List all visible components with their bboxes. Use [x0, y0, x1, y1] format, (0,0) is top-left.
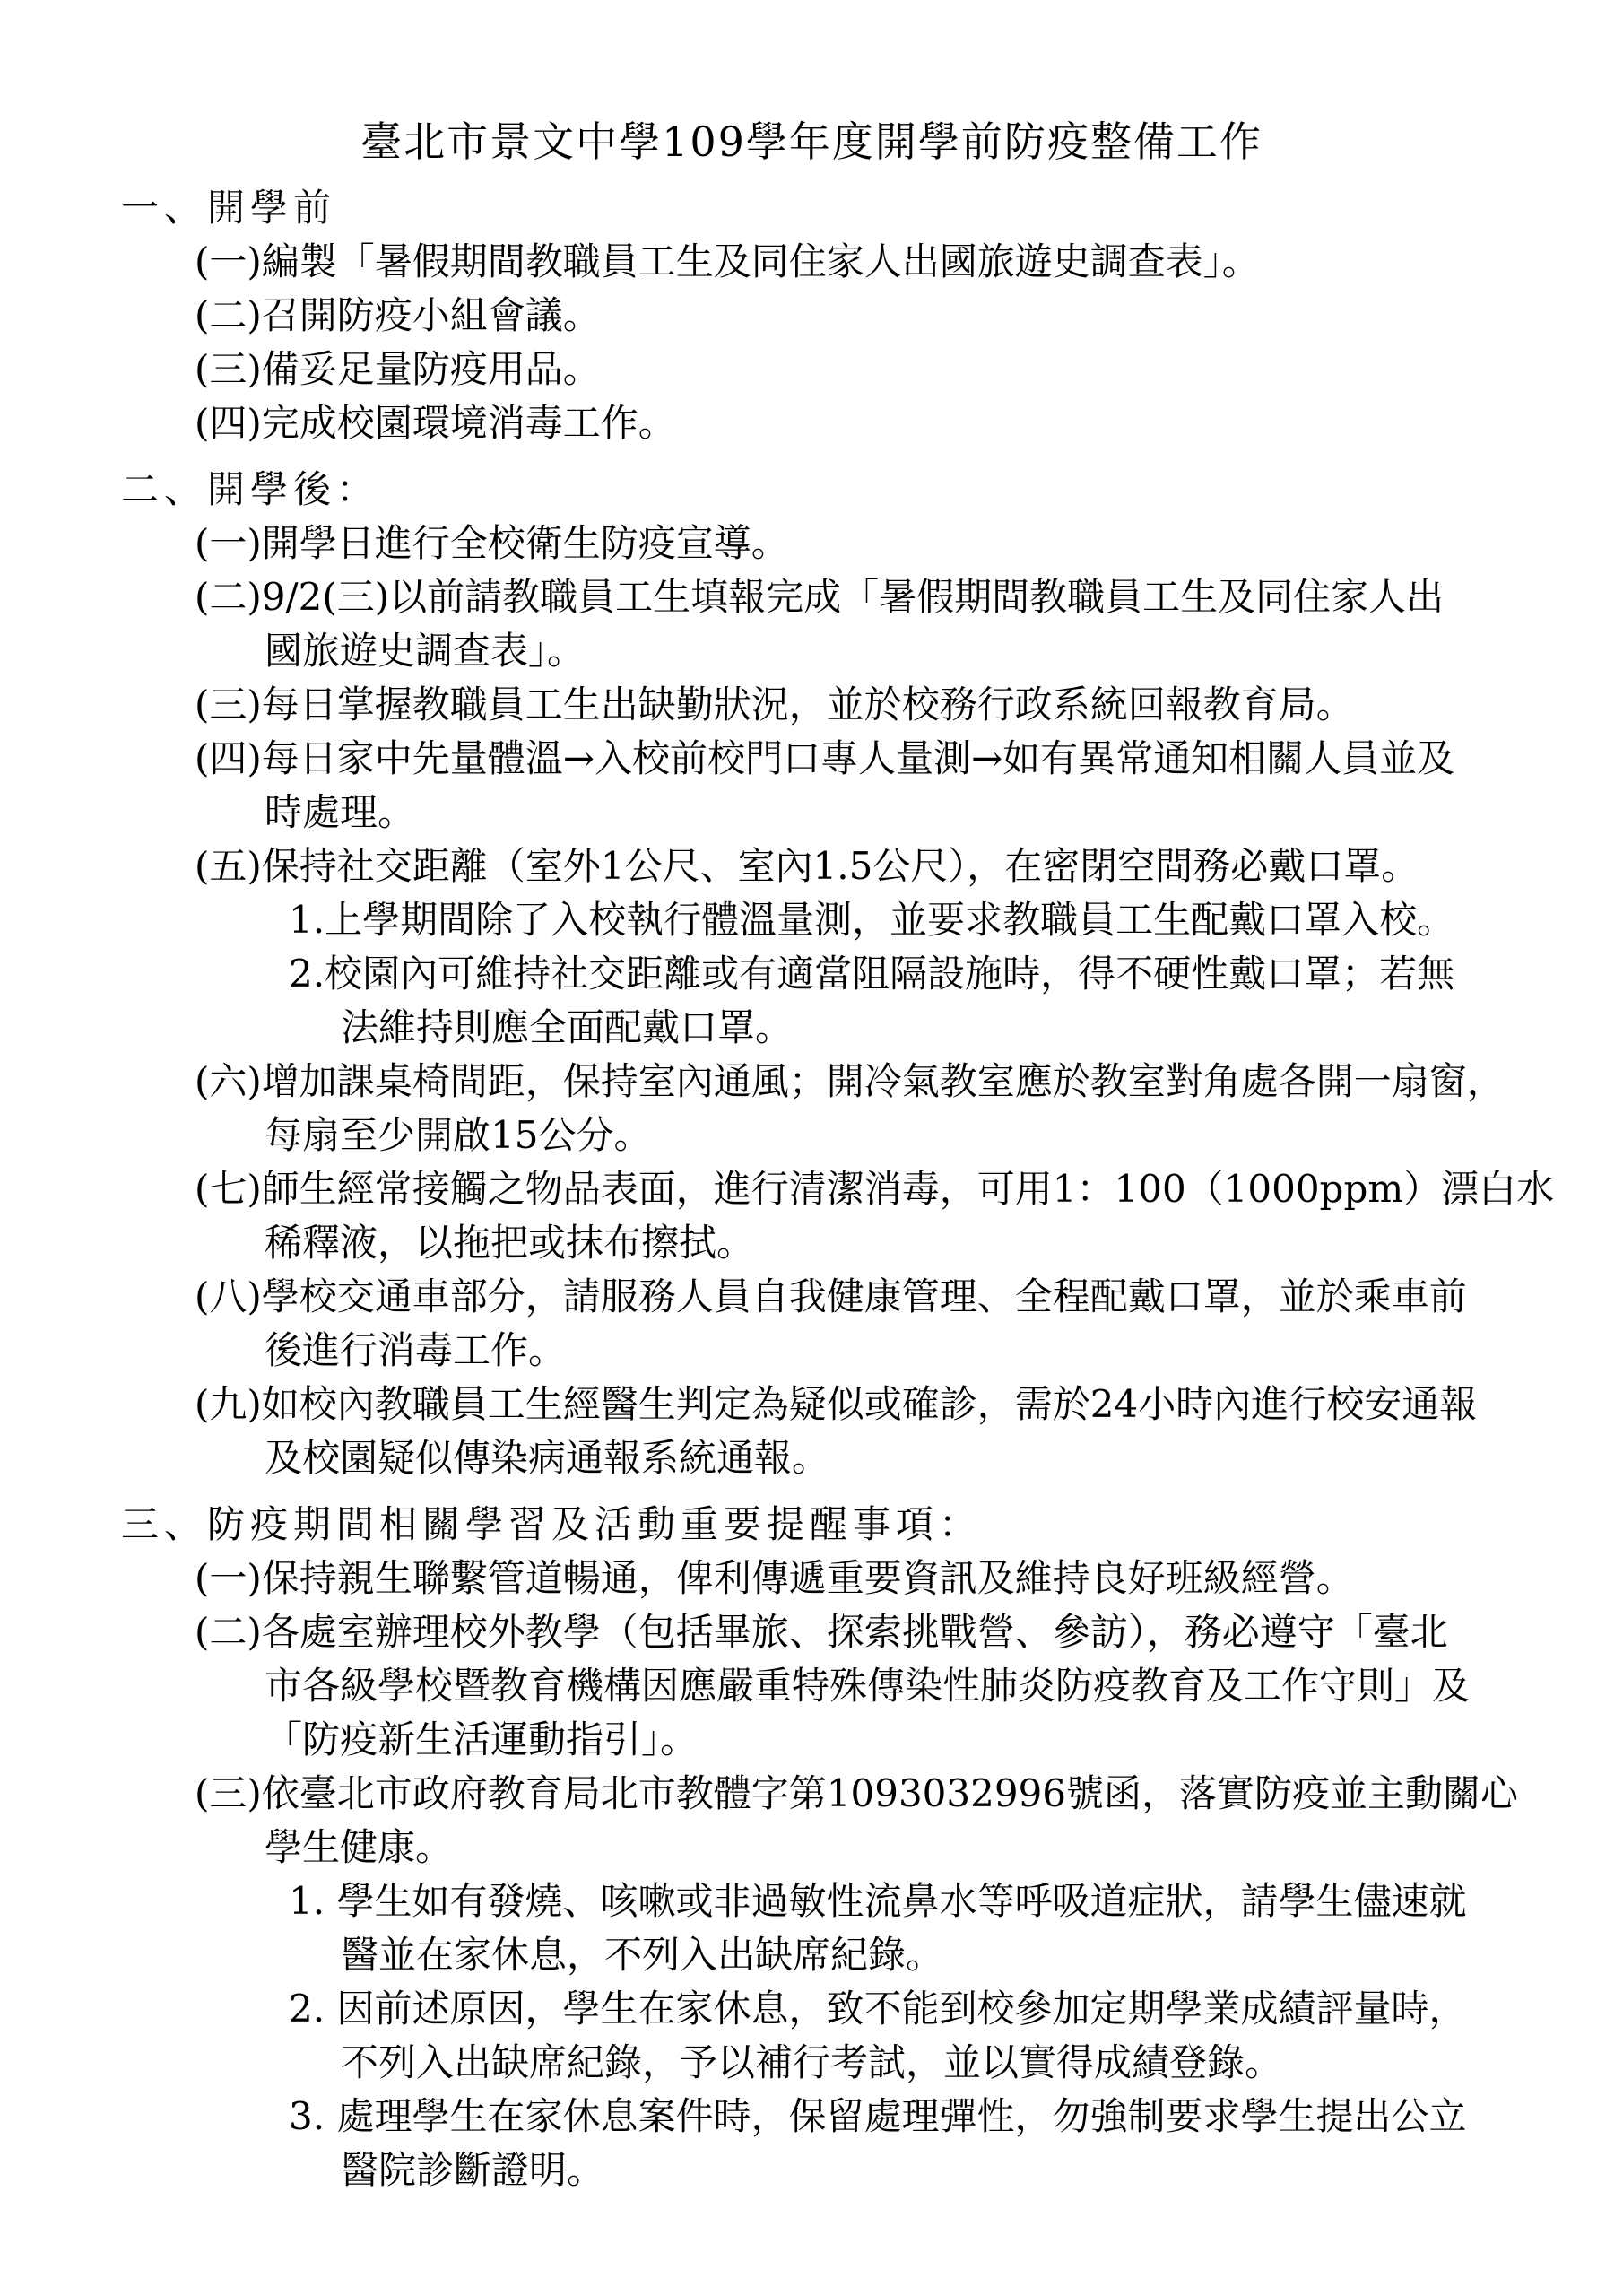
item-text: 開學日進行全校衛生防疫宣導。	[262, 521, 789, 565]
item-label: 1.	[289, 898, 325, 942]
item-text: 完成校園環境消毒工作。	[262, 401, 676, 445]
item-continuation-line: 及校園疑似傳染病通報系統通報。	[265, 1431, 1623, 1485]
subitem-continuation-line: 醫並在家休息，不列入出缺席紀錄。	[341, 1928, 1623, 1982]
item-text: 編製「暑假期間教職員工生及同住家人出國旅遊史調查表」。	[262, 239, 1260, 283]
item-line: (八)學校交通車部分，請服務人員自我健康管理、全程配戴口罩，並於乘車前	[195, 1270, 1623, 1324]
item-text: 師生經常接觸之物品表面，進行清潔消毒，可用1：100（1000ppm）漂白水	[262, 1167, 1554, 1211]
item-text: 每日家中先量體溫→入校前校門口專人量測→如有異常通知相關人員並及	[262, 736, 1454, 780]
item-text: 依臺北市政府教育局北市教體字第1093032996號函，落實防疫並主動關心	[262, 1771, 1518, 1815]
item-label: (四)	[195, 736, 262, 780]
item-text: 召開防疫小組會議。	[262, 293, 601, 337]
item-line: (一)保持親生聯繫管道暢通，俾利傳遞重要資訊及維持良好班級經營。	[195, 1552, 1623, 1605]
item-text: 增加課桌椅間距，保持室內通風；開冷氣教室應於教室對角處各開一扇窗，	[262, 1059, 1505, 1103]
item-line: (一)編製「暑假期間教職員工生及同住家人出國旅遊史調查表」。	[195, 235, 1623, 289]
item-line: (一)開學日進行全校衛生防疫宣導。	[195, 517, 1623, 570]
item-text: 校園內可維持社交距離或有適當阻隔設施時，得不硬性戴口罩；若無	[325, 952, 1454, 996]
document-title: 臺北市景文中學109學年度開學前防疫整備工作	[0, 115, 1623, 169]
item-text: 9/2(三)以前請教職員工生填報完成「暑假期間教職員工生及同住家人出	[262, 575, 1444, 619]
section-heading: 三、防疫期間相關學習及活動重要提醒事項：	[121, 1498, 1623, 1552]
item-line: (三)備妥足量防疫用品。	[195, 343, 1623, 396]
subitem-continuation-line: 醫院診斷證明。	[341, 2144, 1623, 2197]
document-body: 一、開學前(一)編製「暑假期間教職員工生及同住家人出國旅遊史調查表」。(二)召開…	[0, 181, 1623, 2197]
item-continuation-line: 國旅遊史調查表」。	[265, 624, 1623, 678]
item-text: 學生如有發燒、咳嗽或非過敏性流鼻水等呼吸道症狀，請學生儘速就	[336, 1879, 1466, 1923]
item-text: 每日掌握教職員工生出缺勤狀況，並於校務行政系統回報教育局。	[262, 683, 1354, 726]
item-label: (八)	[195, 1274, 262, 1318]
item-continuation-line: 「防疫新生活運動指引」。	[265, 1713, 1623, 1767]
item-line: (五)保持社交距離（室外1公尺、室內1.5公尺），在密閉空間務必戴口罩。	[195, 839, 1623, 893]
item-text: 處理學生在家休息案件時，保留處理彈性，勿強制要求學生提出公立	[336, 2094, 1466, 2138]
item-line: (四)每日家中先量體溫→入校前校門口專人量測→如有異常通知相關人員並及	[195, 732, 1623, 786]
item-continuation-line: 每扇至少開啟15公分。	[265, 1109, 1623, 1162]
item-label: 1.	[289, 1879, 336, 1923]
item-line: (七)師生經常接觸之物品表面，進行清潔消毒，可用1：100（1000ppm）漂白…	[195, 1162, 1623, 1216]
item-line: (三)依臺北市政府教育局北市教體字第1093032996號函，落實防疫並主動關心	[195, 1767, 1623, 1821]
item-continuation-line: 稀釋液，以拖把或抹布擦拭。	[265, 1216, 1623, 1270]
item-text: 備妥足量防疫用品。	[262, 347, 601, 391]
item-label: (二)	[195, 293, 262, 337]
subitem-line: 2.校園內可維持社交距離或有適當阻隔設施時，得不硬性戴口罩；若無	[289, 947, 1623, 1001]
item-label: (六)	[195, 1059, 262, 1103]
item-line: (四)完成校園環境消毒工作。	[195, 396, 1623, 450]
item-continuation-line: 時處理。	[265, 786, 1623, 839]
section-heading: 一、開學前	[121, 181, 1623, 235]
subitem-line: 3. 處理學生在家休息案件時，保留處理彈性，勿強制要求學生提出公立	[289, 2090, 1623, 2144]
item-line: (九)如校內教職員工生經醫生判定為疑似或確診，需於24小時內進行校安通報	[195, 1378, 1623, 1431]
subitem-continuation-line: 不列入出缺席紀錄，予以補行考試，並以實得成績登錄。	[341, 2036, 1623, 2090]
item-line: (二)召開防疫小組會議。	[195, 289, 1623, 343]
subitem-line: 1.上學期間除了入校執行體溫量測，並要求教職員工生配戴口罩入校。	[289, 893, 1623, 947]
item-label: (五)	[195, 844, 262, 888]
section-heading: 二、開學後：	[121, 463, 1623, 517]
item-line: (二)各處室辦理校外教學（包括畢旅、探索挑戰營、參訪），務必遵守「臺北	[195, 1605, 1623, 1659]
subitem-continuation-line: 法維持則應全面配戴口罩。	[341, 1001, 1623, 1055]
item-label: (一)	[195, 521, 262, 565]
item-label: (四)	[195, 401, 262, 445]
item-label: (一)	[195, 1556, 262, 1600]
item-text: 上學期間除了入校執行體溫量測，並要求教職員工生配戴口罩入校。	[325, 898, 1454, 942]
item-text: 各處室辦理校外教學（包括畢旅、探索挑戰營、參訪），務必遵守「臺北	[262, 1610, 1448, 1654]
item-label: (三)	[195, 683, 262, 726]
item-text: 保持社交距離（室外1公尺、室內1.5公尺），在密閉空間務必戴口罩。	[262, 844, 1419, 888]
item-label: 3.	[289, 2094, 336, 2138]
item-text: 因前述原因，學生在家休息，致不能到校參加定期學業成績評量時，	[336, 1987, 1466, 2031]
item-continuation-line: 後進行消毒工作。	[265, 1324, 1623, 1378]
item-text: 如校內教職員工生經醫生判定為疑似或確診，需於24小時內進行校安通報	[262, 1382, 1477, 1426]
item-label: (三)	[195, 1771, 262, 1815]
item-label: (一)	[195, 239, 262, 283]
item-line: (六)增加課桌椅間距，保持室內通風；開冷氣教室應於教室對角處各開一扇窗，	[195, 1055, 1623, 1109]
item-label: (九)	[195, 1382, 262, 1426]
item-line: (三)每日掌握教職員工生出缺勤狀況，並於校務行政系統回報教育局。	[195, 678, 1623, 732]
subitem-line: 2. 因前述原因，學生在家休息，致不能到校參加定期學業成績評量時，	[289, 1982, 1623, 2036]
item-label: (二)	[195, 1610, 262, 1654]
item-text: 學校交通車部分，請服務人員自我健康管理、全程配戴口罩，並於乘車前	[262, 1274, 1467, 1318]
item-label: 2.	[289, 1987, 336, 2031]
subitem-line: 1. 學生如有發燒、咳嗽或非過敏性流鼻水等呼吸道症狀，請學生儘速就	[289, 1874, 1623, 1928]
item-line: (二)9/2(三)以前請教職員工生填報完成「暑假期間教職員工生及同住家人出	[195, 570, 1623, 624]
item-continuation-line: 市各級學校暨教育機構因應嚴重特殊傳染性肺炎防疫教育及工作守則」及	[265, 1659, 1623, 1713]
item-text: 保持親生聯繫管道暢通，俾利傳遞重要資訊及維持良好班級經營。	[262, 1556, 1354, 1600]
item-label: (七)	[195, 1167, 262, 1211]
item-label: (三)	[195, 347, 262, 391]
document-page: 臺北市景文中學109學年度開學前防疫整備工作 一、開學前(一)編製「暑假期間教職…	[0, 0, 1623, 2296]
item-continuation-line: 學生健康。	[265, 1821, 1623, 1874]
item-label: (二)	[195, 575, 262, 619]
item-label: 2.	[289, 952, 325, 996]
